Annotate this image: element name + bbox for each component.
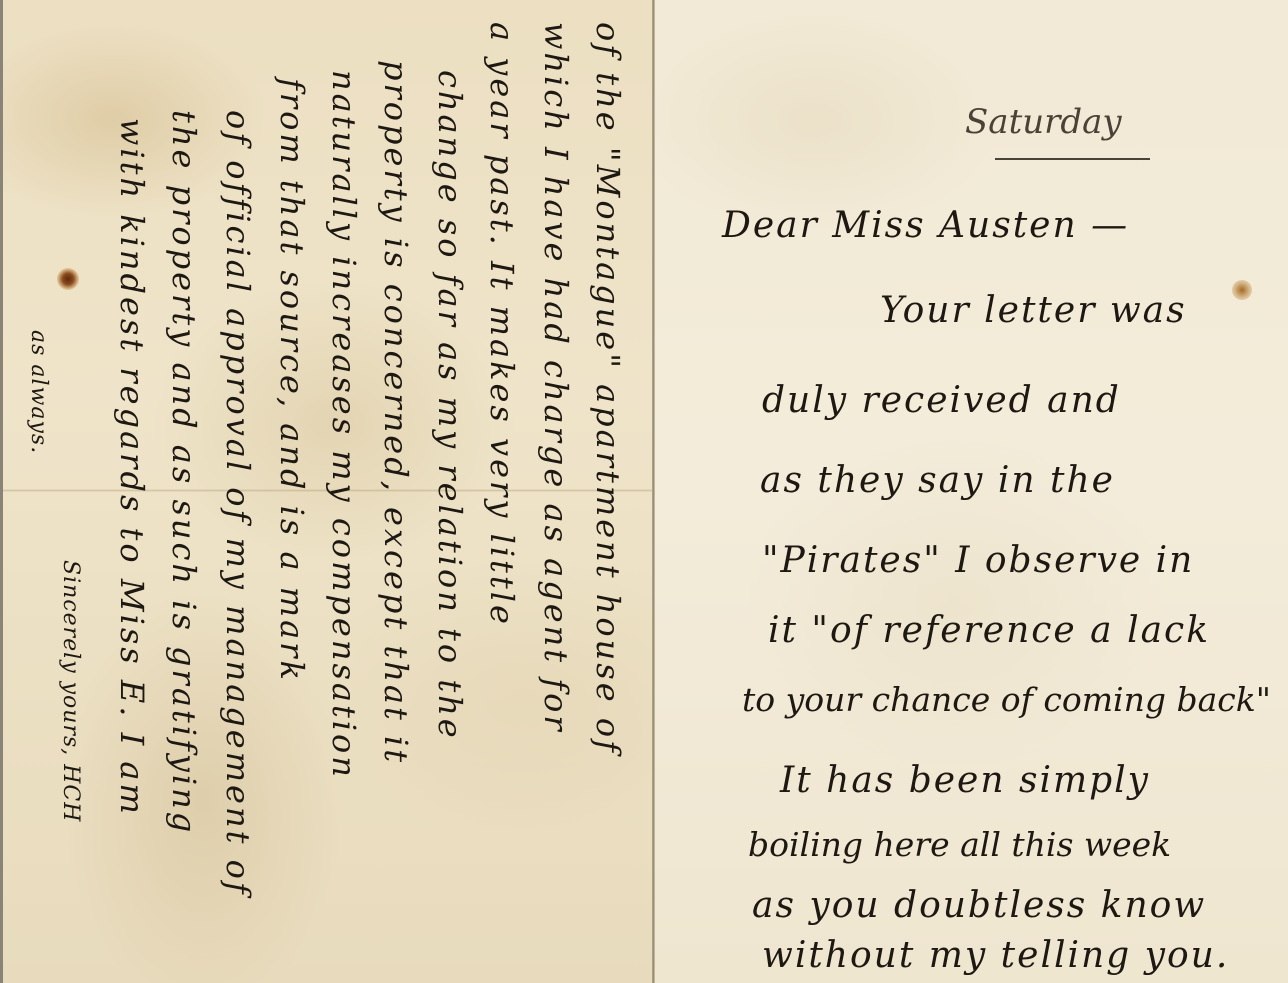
right-line-3: as they say in the bbox=[760, 460, 1115, 501]
right-line-8: boiling here all this week bbox=[748, 825, 1171, 864]
ink-stain-icon bbox=[57, 268, 79, 290]
left-line-12-closing: as always. bbox=[26, 330, 51, 454]
left-line-11-signature: Sincerely yours, HCH bbox=[58, 560, 83, 822]
letter-left-page: of the "Montague" apartment house of whi… bbox=[0, 0, 658, 983]
left-line-7: from that source, and is a mark bbox=[273, 78, 311, 683]
left-line-2: which I have had charge as agent for bbox=[537, 22, 575, 734]
right-line-6: to your chance of coming back" bbox=[742, 680, 1271, 719]
letter-spread: of the "Montague" apartment house of whi… bbox=[0, 0, 1288, 983]
left-line-9: the property and as such is gratifying bbox=[165, 110, 203, 835]
left-line-8: of official approval of my management of bbox=[219, 110, 257, 897]
left-line-10: with kindest regards to Miss E. I am bbox=[113, 118, 151, 817]
left-line-1: of the "Montague" apartment house of bbox=[589, 22, 627, 755]
right-line-9: as you doubtless know bbox=[752, 885, 1206, 926]
left-line-6: naturally increases my compensation bbox=[325, 70, 363, 780]
left-line-3: a year past. It makes very little bbox=[483, 22, 521, 627]
date-underline bbox=[995, 158, 1150, 160]
ink-stain-icon bbox=[1232, 280, 1252, 300]
letter-date: Saturday bbox=[965, 102, 1122, 142]
right-line-10: without my telling you. bbox=[762, 935, 1229, 976]
salutation: Dear Miss Austen — bbox=[722, 205, 1129, 246]
right-line-7: It has been simply bbox=[780, 760, 1150, 801]
left-line-5: property is concerned, except that it bbox=[377, 60, 415, 765]
right-line-4: "Pirates" I observe in bbox=[762, 540, 1194, 581]
right-line-2: duly received and bbox=[762, 380, 1121, 421]
right-line-5: it "of reference a lack bbox=[768, 610, 1210, 651]
left-line-4: change so far as my relation to the bbox=[431, 70, 469, 741]
right-line-1: Your letter was bbox=[880, 290, 1187, 331]
